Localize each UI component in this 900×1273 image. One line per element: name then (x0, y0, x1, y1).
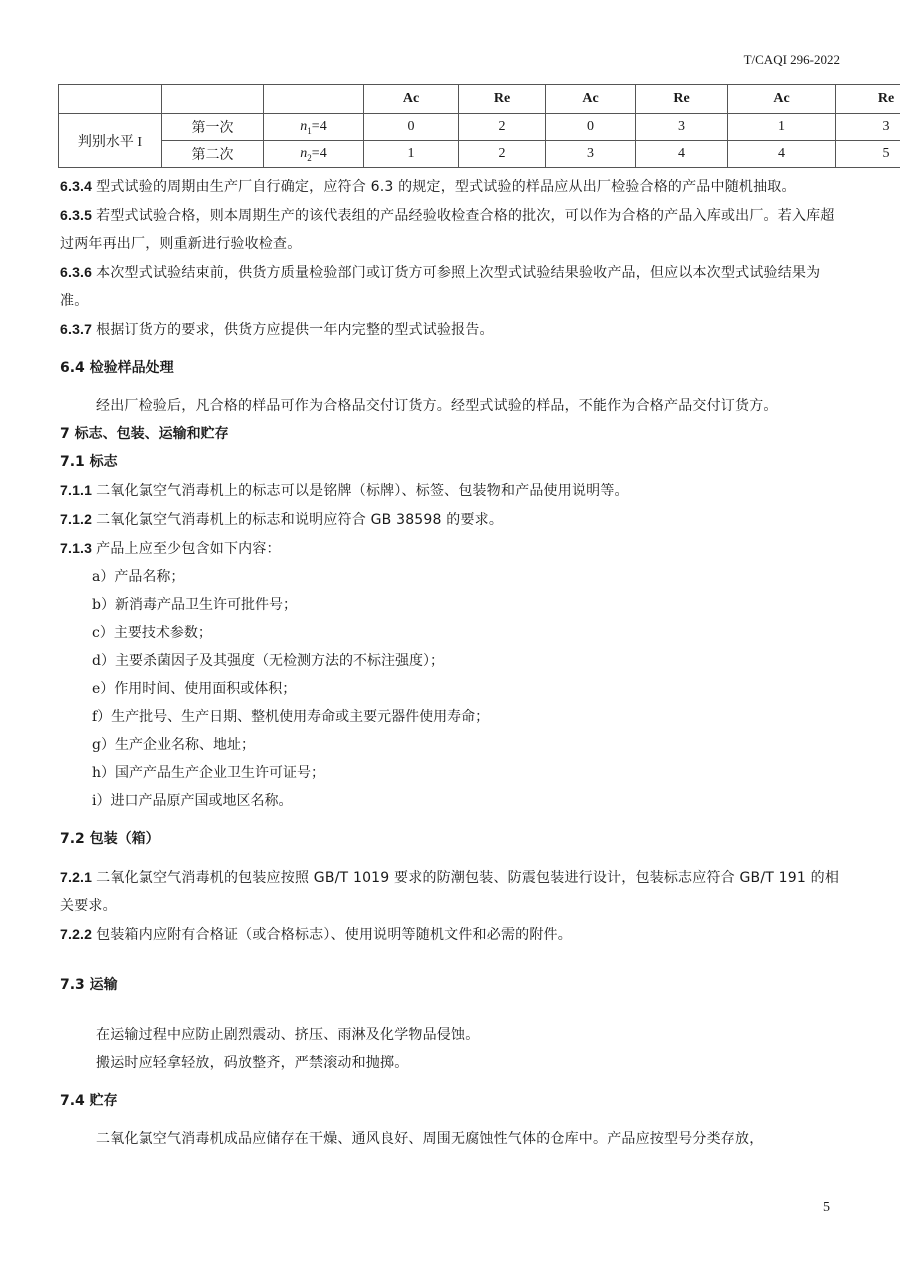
list-item: c）主要技术参数； (60, 619, 840, 647)
value-cell: 3 (636, 114, 728, 141)
value-cell: 2 (459, 114, 546, 141)
value-cell: 5 (836, 141, 900, 168)
row-group-label: 判别水平 I (59, 114, 162, 168)
heading-7-3: 7.3 运输 (60, 971, 840, 999)
header-cell: Ac (364, 85, 459, 114)
clause-7-1-1: 7.1.1二氧化氯空气消毒机上的标志可以是铭牌（标牌）、标签、包装物和产品使用说… (60, 476, 840, 505)
document-body: 6.3.4型式试验的周期由生产厂自行确定，应符合 6.3 的规定，型式试验的样品… (60, 172, 840, 1153)
value-cell: 4 (728, 141, 836, 168)
list-item: b）新消毒产品卫生许可批件号； (60, 591, 840, 619)
list-item: f）生产批号、生产日期、整机使用寿命或主要元器件使用寿命； (60, 703, 840, 731)
value-cell: 1 (728, 114, 836, 141)
heading-7-1: 7.1 标志 (60, 448, 840, 476)
heading-7-4: 7.4 贮存 (60, 1087, 840, 1115)
header-cell (59, 85, 162, 114)
transport-line: 在运输过程中应防止剧烈震动、挤压、雨淋及化学物品侵蚀。 (60, 1021, 840, 1049)
sample-size-cell: n2=4 (264, 141, 364, 168)
paragraph-6-4: 经出厂检验后，凡合格的样品可作为合格品交付订货方。经型式试验的样品，不能作为合格… (60, 392, 840, 420)
transport-line: 搬运时应轻拿轻放，码放整齐，严禁滚动和抛掷。 (60, 1049, 840, 1077)
heading-6-4: 6.4 检验样品处理 (60, 354, 840, 382)
heading-7: 7 标志、包装、运输和贮存 (60, 420, 840, 448)
list-item: g）生产企业名称、地址； (60, 731, 840, 759)
header-cell (162, 85, 264, 114)
standard-code: T/CAQI 296-2022 (744, 52, 840, 68)
header-cell: Re (636, 85, 728, 114)
clause-7-1-3: 7.1.3产品上应至少包含如下内容： (60, 534, 840, 563)
clause-7-1-2: 7.1.2二氧化氯空气消毒机上的标志和说明应符合 GB 38598 的要求。 (60, 505, 840, 534)
list-item: a）产品名称； (60, 563, 840, 591)
value-cell: 3 (836, 114, 900, 141)
header-cell: Re (836, 85, 900, 114)
header-cell: Ac (728, 85, 836, 114)
list-item: h）国产产品生产企业卫生许可证号； (60, 759, 840, 787)
value-cell: 0 (546, 114, 636, 141)
paragraph-7-4: 二氧化氯空气消毒机成品应储存在干燥、通风良好、周围无腐蚀性气体的仓库中。产品应按… (60, 1125, 840, 1153)
value-cell: 3 (546, 141, 636, 168)
sample-size-cell: n1=4 (264, 114, 364, 141)
table-row: 判别水平 I 第一次 n1=4 0 2 0 3 1 3 (59, 114, 900, 141)
clause-6-3-4: 6.3.4型式试验的周期由生产厂自行确定，应符合 6.3 的规定，型式试验的样品… (60, 172, 840, 201)
heading-7-2: 7.2 包装（箱） (60, 825, 840, 853)
header-cell: Ac (546, 85, 636, 114)
list-item: i）进口产品原产国或地区名称。 (60, 787, 840, 815)
page-number: 5 (823, 1200, 830, 1216)
acceptance-table: Ac Re Ac Re Ac Re 判别水平 I 第一次 n1=4 0 2 0 … (58, 84, 900, 168)
header-cell (264, 85, 364, 114)
value-cell: 4 (636, 141, 728, 168)
list-item: e）作用时间、使用面积或体积； (60, 675, 840, 703)
clause-7-2-2: 7.2.2包装箱内应附有合格证（或合格标志）、使用说明等随机文件和必需的附件。 (60, 920, 840, 949)
stage-cell: 第二次 (162, 141, 264, 168)
clause-6-3-5: 6.3.5若型式试验合格，则本周期生产的该代表组的产品经验收检查合格的批次，可以… (60, 201, 840, 258)
clause-6-3-6: 6.3.6本次型式试验结束前，供货方质量检验部门或订货方可参照上次型式试验结果验… (60, 258, 840, 315)
stage-cell: 第一次 (162, 114, 264, 141)
table-header-row: Ac Re Ac Re Ac Re (59, 85, 900, 114)
value-cell: 2 (459, 141, 546, 168)
value-cell: 1 (364, 141, 459, 168)
clause-7-2-1: 7.2.1二氧化氯空气消毒机的包装应按照 GB/T 1019 要求的防潮包装、防… (60, 863, 840, 920)
table-row: 第二次 n2=4 1 2 3 4 4 5 (59, 141, 900, 168)
clause-6-3-7: 6.3.7根据订货方的要求，供货方应提供一年内完整的型式试验报告。 (60, 315, 840, 344)
value-cell: 0 (364, 114, 459, 141)
list-item: d）主要杀菌因子及其强度（无检测方法的不标注强度）； (60, 647, 840, 675)
header-cell: Re (459, 85, 546, 114)
